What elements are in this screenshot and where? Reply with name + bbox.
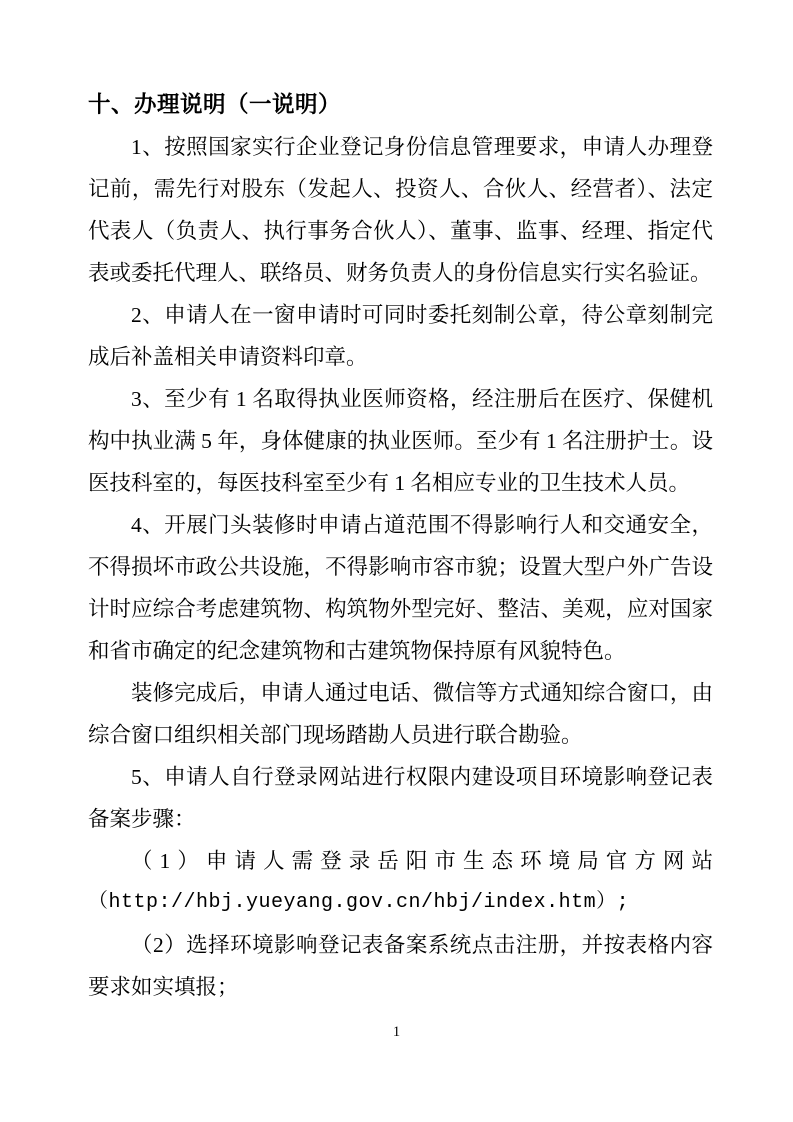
paragraph-3: 3、至少有 1 名取得执业医师资格，经注册后在医疗、保健机构中执业满 5 年，身… — [88, 378, 713, 504]
section-heading: 十、办理说明（一说明） — [88, 84, 713, 126]
paragraph-5: 装修完成后，申请人通过电话、微信等方式通知综合窗口，由综合窗口组织相关部门现场踏… — [88, 672, 713, 756]
paragraph-7-step1: （1）申请人需登录岳阳市生态环境局官方网站 — [88, 840, 713, 882]
paragraph-7-url: （http://hbj.yueyang.gov.cn/hbj/index.htm… — [88, 882, 713, 924]
section-heading-text: 十、办理说明（一说明） — [88, 92, 341, 117]
paragraph-8-step2: （2）选择环境影响登记表备案系统点击注册，并按表格内容要求如实填报； — [88, 924, 713, 1008]
paragraph-4: 4、开展门头装修时申请占道范围不得影响行人和交通安全，不得损坏市政公共设施，不得… — [88, 504, 713, 672]
paragraph-6: 5、申请人自行登录网站进行权限内建设项目环境影响登记表备案步骤： — [88, 756, 713, 840]
document-body: 十、办理说明（一说明） 1、按照国家实行企业登记身份信息管理要求，申请人办理登记… — [88, 84, 713, 1008]
paragraph-2: 2、申请人在一窗申请时可同时委托刻制公章，待公章刻制完成后补盖相关申请资料印章。 — [88, 294, 713, 378]
paragraph-1: 1、按照国家实行企业登记身份信息管理要求，申请人办理登记前，需先行对股东（发起人… — [88, 126, 713, 294]
document-page: 十、办理说明（一说明） 1、按照国家实行企业登记身份信息管理要求，申请人办理登记… — [0, 0, 793, 1122]
page-number: 1 — [0, 1022, 793, 1042]
